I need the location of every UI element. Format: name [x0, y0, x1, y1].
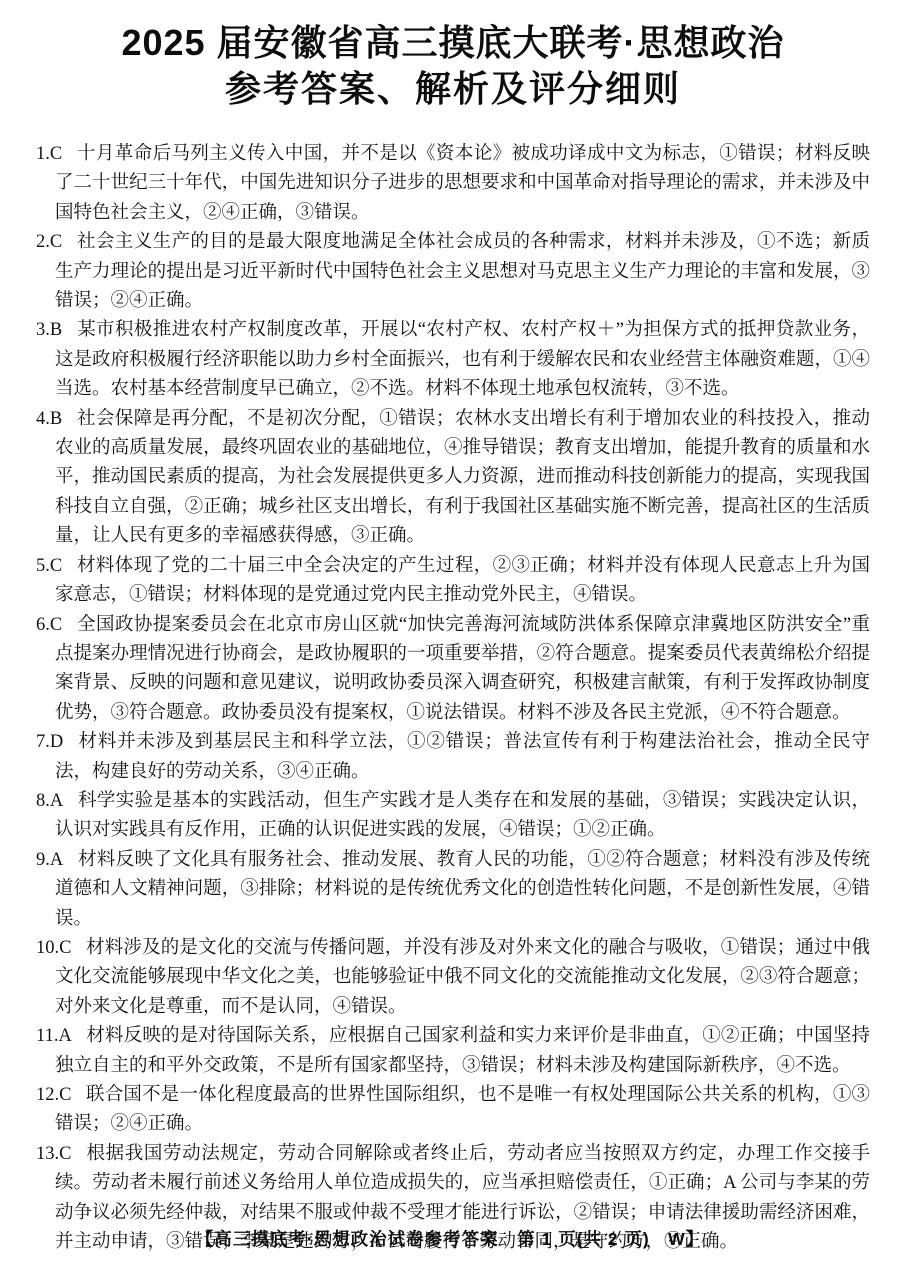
answer-explanation: 十月革命后马列主义传入中国，并不是以《资本论》被成功译成中文为标志，①错误；材料… — [55, 144, 870, 223]
answer-item-7: 7.D材料并未涉及到基层民主和科学立法，①②错误；普法宣传有利于构建法治社会，推… — [36, 728, 870, 787]
answer-explanation: 材料涉及的是文化的交流与传播问题，并没有涉及对外来文化的融合与吸收，①错误；通过… — [55, 938, 870, 1017]
answer-number: 1.C — [36, 144, 62, 164]
answer-explanation: 材料体现了党的二十届三中全会决定的产生过程，②③正确；材料并没有体现人民意志上升… — [55, 556, 870, 605]
answer-number: 6.C — [36, 615, 62, 635]
answer-number: 2.C — [36, 232, 62, 252]
answer-number: 9.A — [36, 850, 63, 870]
answer-number: 10.C — [36, 938, 71, 958]
answer-explanation: 全国政协提案委员会在北京市房山区就“加快完善海河流域防洪体系保障京津冀地区防洪安… — [55, 615, 870, 723]
answer-item-6: 6.C全国政协提案委员会在北京市房山区就“加快完善海河流域防洪体系保障京津冀地区… — [36, 611, 870, 729]
answer-item-3: 3.B某市积极推进农村产权制度改革，开展以“农村产权、农村产权＋”为担保方式的抵… — [36, 316, 870, 404]
answer-item-8: 8.A科学实验是基本的实践活动，但生产实践才是人类存在和发展的基础，③错误；实践… — [36, 787, 870, 846]
answer-number: 7.D — [36, 732, 63, 752]
answer-number: 12.C — [36, 1085, 71, 1105]
answer-item-5: 5.C材料体现了党的二十届三中全会决定的产生过程，②③正确；材料并没有体现人民意… — [36, 552, 870, 611]
answer-number: 4.B — [36, 409, 62, 429]
page-footer: 【高三摸底考·思想政治试卷参考答案 第 1 页(共 2 页) W】 — [0, 1226, 900, 1251]
answer-number: 8.A — [36, 791, 63, 811]
document-title: 2025 届安徽省高三摸底大联考·思想政治 参考答案、解析及评分细则 — [36, 20, 870, 112]
answer-explanation: 材料反映的是对待国际关系，应根据自己国家利益和实力来评价是非曲直，①②正确；中国… — [55, 1026, 870, 1075]
answer-explanation: 科学实验是基本的实践活动，但生产实践才是人类存在和发展的基础，③错误；实践决定认… — [55, 791, 870, 840]
answer-explanation: 社会保障是再分配，不是初次分配，①错误；农林水支出增长有利于增加农业的科技投入，… — [55, 409, 870, 547]
answer-item-2: 2.C社会主义生产的目的是最大限度地满足全体社会成员的各种需求，材料并未涉及，①… — [36, 228, 870, 316]
answer-item-10: 10.C材料涉及的是文化的交流与传播问题，并没有涉及对外来文化的融合与吸收，①错… — [36, 934, 870, 1022]
answer-item-1: 1.C十月革命后马列主义传入中国，并不是以《资本论》被成功译成中文为标志，①错误… — [36, 140, 870, 228]
document-subtitle: 参考答案、解析及评分细则 — [36, 66, 870, 112]
answer-number: 3.B — [36, 320, 62, 340]
answer-number: 13.C — [36, 1144, 71, 1164]
answer-item-11: 11.A材料反映的是对待国际关系，应根据自己国家利益和实力来评价是非曲直，①②正… — [36, 1022, 870, 1081]
answer-sheet-page: 2025 届安徽省高三摸底大联考·思想政治 参考答案、解析及评分细则 1.C十月… — [0, 0, 900, 1257]
answer-explanation: 材料反映了文化具有服务社会、推动发展、教育人民的功能，①②符合题意；材料没有涉及… — [55, 850, 870, 929]
answer-list: 1.C十月革命后马列主义传入中国，并不是以《资本论》被成功译成中文为标志，①错误… — [36, 140, 870, 1257]
answer-item-9: 9.A材料反映了文化具有服务社会、推动发展、教育人民的功能，①②符合题意；材料没… — [36, 846, 870, 934]
answer-number: 5.C — [36, 556, 62, 576]
answer-explanation: 社会主义生产的目的是最大限度地满足全体社会成员的各种需求，材料并未涉及，①不选；… — [55, 232, 870, 311]
answer-explanation: 联合国不是一体化程度最高的世界性国际组织，也不是唯一有权处理国际公共关系的机构，… — [55, 1085, 870, 1134]
answer-item-4: 4.B社会保障是再分配，不是初次分配，①错误；农林水支出增长有利于增加农业的科技… — [36, 405, 870, 552]
answer-number: 11.A — [36, 1026, 72, 1046]
exam-title: 2025 届安徽省高三摸底大联考·思想政治 — [36, 20, 870, 66]
answer-explanation: 某市积极推进农村产权制度改革，开展以“农村产权、农村产权＋”为担保方式的抵押贷款… — [55, 320, 870, 399]
answer-item-12: 12.C联合国不是一体化程度最高的世界性国际组织，也不是唯一有权处理国际公共关系… — [36, 1081, 870, 1140]
answer-explanation: 材料并未涉及到基层民主和科学立法，①②错误；普法宣传有利于构建法治社会，推动全民… — [55, 732, 870, 781]
